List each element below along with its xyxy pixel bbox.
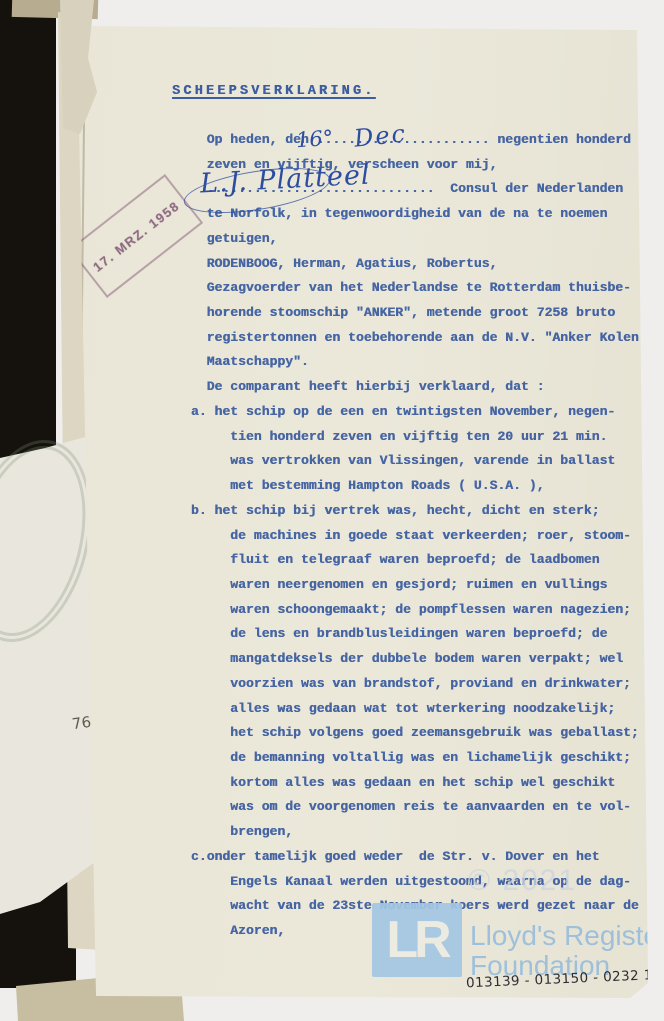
lr-logo: LR xyxy=(372,903,462,977)
handwritten-date-day: 16° xyxy=(295,126,334,153)
photo-background: SCHEEPSVERKLARING. Op heden, den .......… xyxy=(0,0,664,1021)
document-title: SCHEEPSVERKLARING. xyxy=(172,84,375,99)
watermark-copyright: © 2021 xyxy=(468,864,577,898)
margin-note: 76 xyxy=(71,713,92,733)
lr-logo-letters: LR xyxy=(386,914,447,966)
watermark-lloyds-register: Lloyd's Register xyxy=(470,920,664,952)
handwritten-date-month: Dec xyxy=(353,119,409,152)
main-document: SCHEEPSVERKLARING. Op heden, den .......… xyxy=(0,0,664,1021)
document-body: Op heden, den ...................... neg… xyxy=(183,128,639,944)
stamp-date-text: 17. MRZ. 1958 xyxy=(90,198,182,275)
